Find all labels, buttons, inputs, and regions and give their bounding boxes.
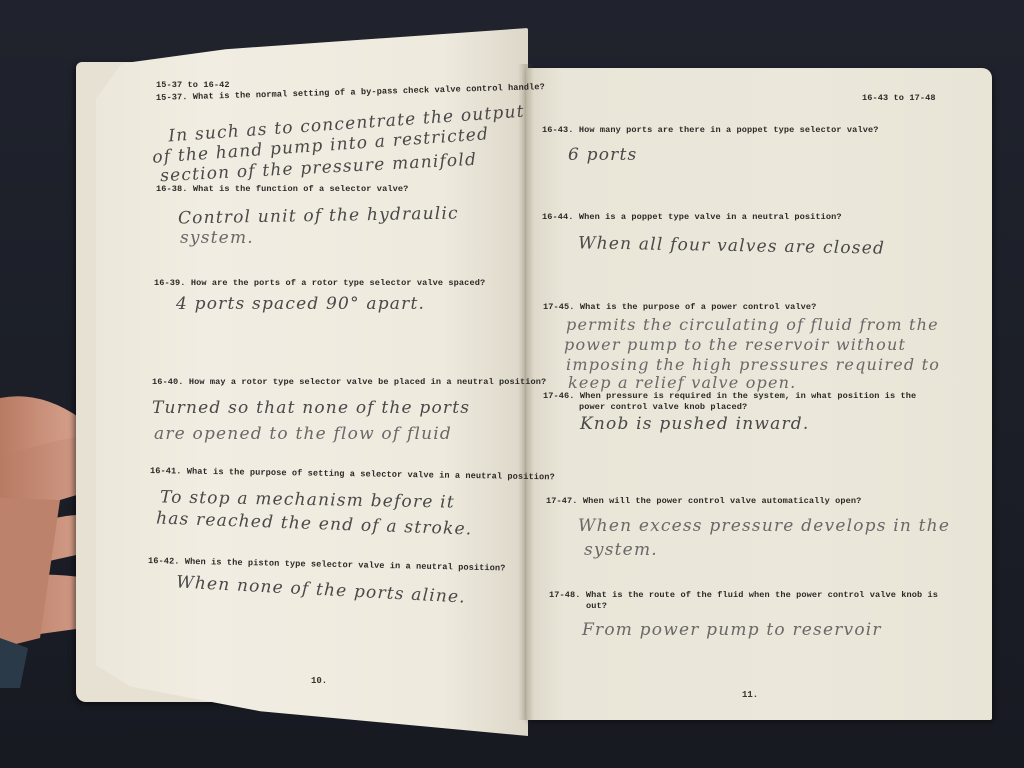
question-text-continued: power control valve knob placed? [579, 402, 747, 412]
question-text: How are the ports of a rotor type select… [191, 278, 485, 288]
right-page-number: 11. [742, 690, 758, 700]
question-number: 17-48. [549, 590, 581, 600]
question-text: How many ports are there in a poppet typ… [579, 125, 879, 135]
question-text: When is a poppet type valve in a neutral… [579, 212, 842, 222]
question-text: What is the function of a selector valve… [193, 184, 409, 194]
question-number: 15-37. [156, 92, 188, 103]
answer-line: system. [584, 540, 658, 561]
left-range-header: 15-37 to 16-42 [156, 80, 230, 90]
answer-line: system. [180, 228, 254, 249]
question-number: 16-42. [148, 556, 180, 567]
answer-line: When excess pressure develops in the [578, 516, 950, 537]
question-number: 17-47. [546, 496, 578, 506]
answer-line: Turned so that none of the ports [152, 398, 470, 419]
question-number: 16-41. [150, 466, 182, 476]
question-number: 16-39. [154, 278, 186, 288]
question-number: 17-46. [543, 391, 575, 401]
answer-line: From power pump to reservoir [582, 620, 882, 641]
book-gutter [518, 64, 534, 720]
answer-line: are opened to the flow of fluid [154, 424, 452, 445]
right-range-header: 16-43 to 17-48 [862, 93, 936, 103]
question-number: 17-45. [543, 302, 575, 312]
answer-line: power pump to the reservoir without [564, 334, 906, 355]
answer-line: permits the circulating of fluid from th… [566, 314, 939, 335]
question-number: 16-43. [542, 125, 574, 135]
left-page-number: 10. [311, 676, 327, 686]
question-text: How may a rotor type selector valve be p… [189, 377, 546, 387]
answer-line: 6 ports [568, 145, 637, 166]
question-text: When pressure is required in the system,… [580, 391, 916, 401]
question-number: 16-40. [152, 377, 184, 387]
question-text: What is the purpose of a power control v… [580, 302, 817, 312]
question-text: What is the route of the fluid when the … [586, 590, 938, 600]
question-text-continued: out? [586, 601, 607, 611]
answer-line: keep a relief valve open. [568, 372, 796, 393]
answer-line: Knob is pushed inward. [580, 414, 809, 435]
question-text: When will the power control valve automa… [583, 496, 862, 506]
answer-line: 4 ports spaced 90° apart. [176, 294, 425, 315]
question-number: 16-38. [156, 184, 188, 194]
question-number: 16-44. [542, 212, 574, 222]
